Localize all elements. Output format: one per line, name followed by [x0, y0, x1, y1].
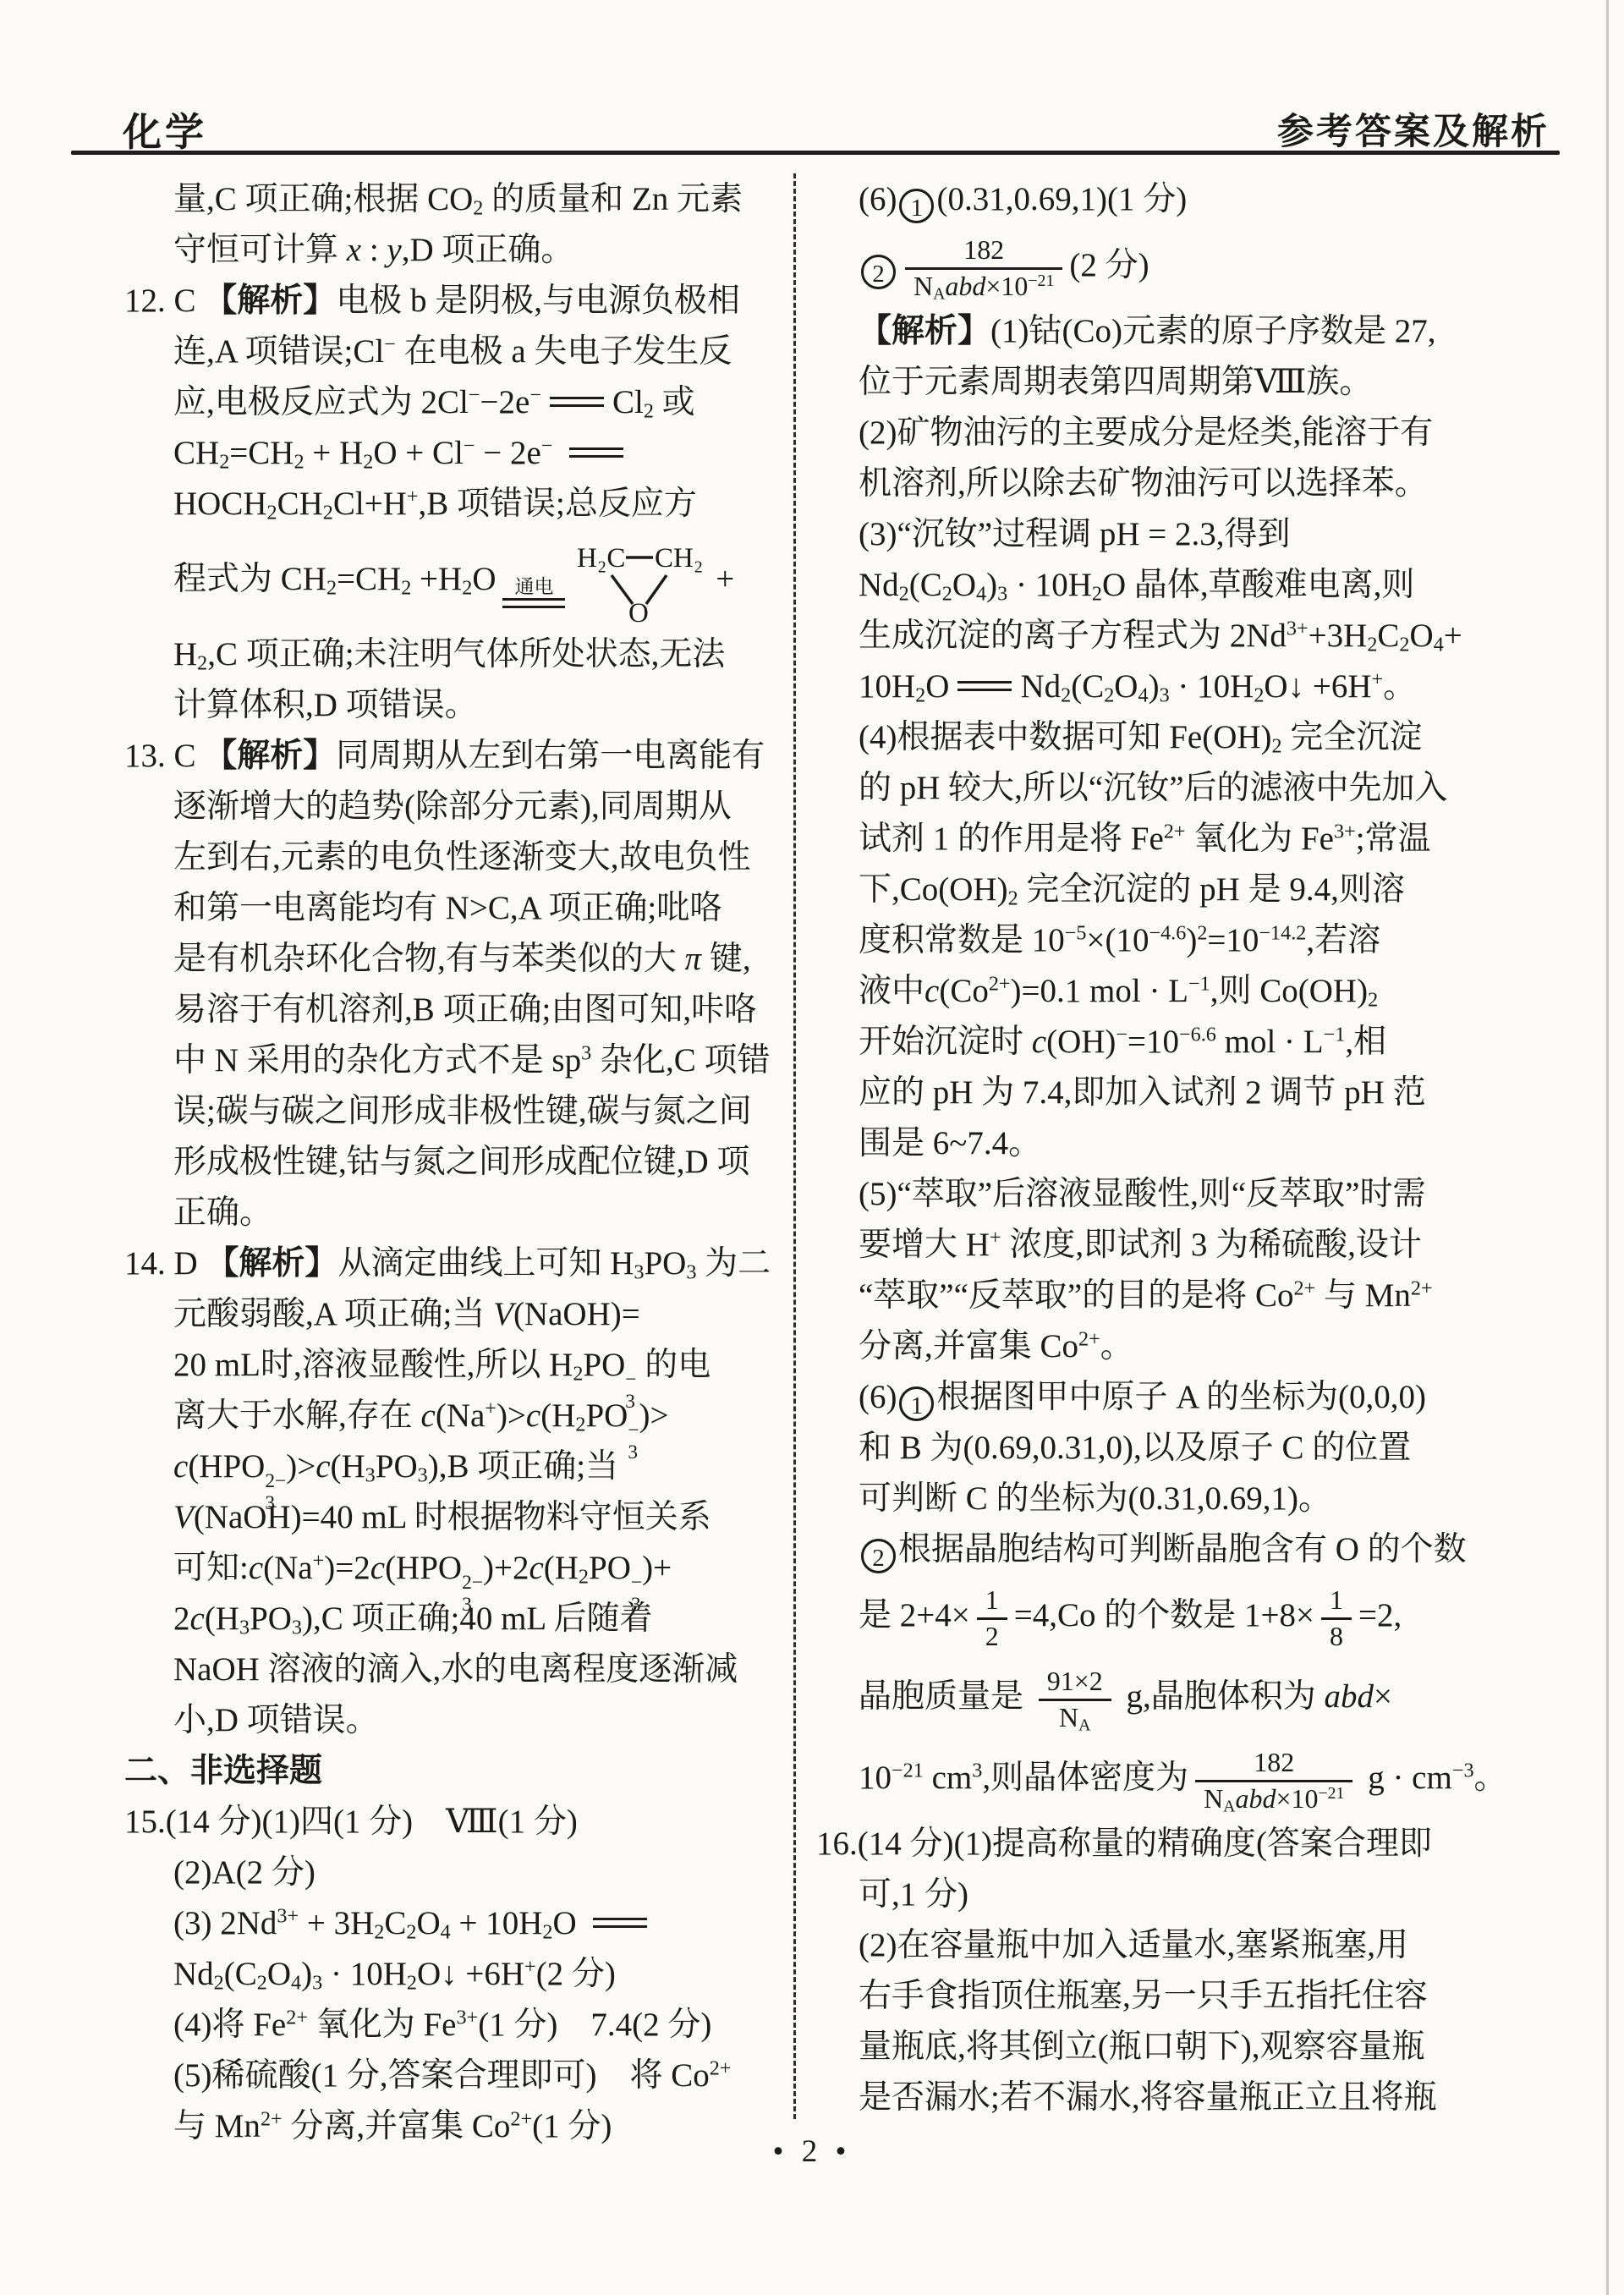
text-line: 和第一电离能均有 N>C,A 项正确;吡咯: [124, 883, 801, 934]
text-line: 可,1 分): [816, 1869, 1544, 1920]
fraction: 182NAabd×10−21: [905, 234, 1062, 302]
right-column: (6)1(0.31,0.69,1)(1 分)2182NAabd×10−21(2 …: [816, 174, 1544, 2123]
text-line: (5)稀硫酸(1 分,答案合理即可) 将 Co2+: [124, 2051, 801, 2101]
text-line: 10−21 cm3,则晶体密度为182NAabd×10−21 g · cm−3。: [816, 1738, 1544, 1819]
reaction-condition-over-equals: 通电: [502, 576, 565, 608]
text-line: 应,电极反应式为 2Cl−−2e−Cl2 或: [124, 377, 801, 428]
text-line: 左到右,元素的电负性逐渐变大,故电负性: [124, 832, 801, 883]
text-line: 和 B 为(0.69,0.31,0),以及原子 C 的位置: [816, 1423, 1544, 1474]
text-line: 2根据晶胞结构可判断晶胞含有 O 的个数: [816, 1524, 1544, 1575]
text-line: 围是 6~7.4。: [816, 1118, 1544, 1169]
reaction-equals-sign: [550, 397, 604, 407]
text-line: 元酸弱酸,A 项正确;当 V(NaOH)=: [124, 1289, 801, 1340]
text-line: 晶胞质量是 91×2NA g,晶胞体积为 abd×: [816, 1656, 1544, 1738]
text-line: 生成沉淀的离子方程式为 2Nd3++3H2C2O4+: [816, 611, 1544, 662]
circled-number: 1: [899, 1386, 934, 1421]
text-line: 13. C 【解析】同周期从左到右第一电离能有: [124, 731, 801, 782]
text-line: 要增大 H+ 浓度,即试剂 3 为稀硫酸,设计: [816, 1220, 1544, 1271]
text-line: 中 N 采用的杂化方式不是 sp3 杂化,C 项错: [124, 1035, 801, 1086]
text-line: 液中c(Co2+)=0.1 mol · L−1,则 Co(OH)2: [816, 966, 1544, 1017]
text-line: 正确。: [124, 1188, 801, 1238]
text-line: 2c(H3PO3),C 项正确;40 mL 后随着: [124, 1594, 801, 1644]
text-line: 守恒可计算 x : y,D 项正确。: [124, 225, 801, 276]
text-line: (5)“萃取”后溶液显酸性,则“反萃取”时需: [816, 1169, 1544, 1220]
text-line: (2)矿物油污的主要成分是烃类,能溶于有: [816, 408, 1544, 458]
text-line: 度积常数是 10−5×(10−4.6)2=10−14.2,若溶: [816, 915, 1544, 966]
text-line: 量瓶底,将其倒立(瓶口朝下),观察容量瓶: [816, 2022, 1544, 2073]
text-line: 的 pH 较大,所以“沉钕”后的滤液中先加入: [816, 763, 1544, 814]
text-line: 下,Co(OH)2 完全沉淀的 pH 是 9.4,则溶: [816, 865, 1544, 915]
text-line: CH2=CH2 + H2O + Cl− − 2e−: [124, 428, 801, 479]
text-line: 二、非选择题: [124, 1746, 801, 1797]
text-line: 误;碳与碳之间形成非极性键,碳与氮之间: [124, 1086, 801, 1137]
header-rule: [71, 151, 1560, 155]
text-line: 易溶于有机溶剂,B 项正确;由图可知,咔咯: [124, 985, 801, 1035]
text-line: 开始沉淀时 c(OH)−=10−6.6 mol · L−1,相: [816, 1017, 1544, 1068]
text-line: 16.(14 分)(1)提高称量的精确度(答案合理即: [816, 1819, 1544, 1869]
text-line: 计算体积,D 项错误。: [124, 680, 801, 731]
text-line: 是 2+4×12=4,Co 的个数是 1+8×18=2,: [816, 1575, 1544, 1656]
text-line: 连,A 项错误;Cl− 在电极 a 失电子发生反: [124, 327, 801, 377]
text-line: 【解析】(1)钴(Co)元素的原子序数是 27,: [816, 306, 1544, 357]
text-line: 形成极性键,钴与氮之间形成配位键,D 项: [124, 1137, 801, 1188]
answer-key-page: 化学 参考答案及解析 量,C 项正确;根据 CO2 的质量和 Zn 元素守恒可计…: [0, 0, 1624, 2295]
text-line: 离大于水解,存在 c(Na+)>c(H2PO−3)>: [124, 1391, 801, 1441]
text-line: (3)“沉钕”过程调 pH = 2.3,得到: [816, 509, 1544, 560]
text-line: c(HPO2−3)>c(H3PO3),B 项正确;当: [124, 1441, 801, 1492]
text-line: 14. D 【解析】从滴定曲线上可知 H3PO3 为二: [124, 1238, 801, 1289]
text-line: 机溶剂,所以除去矿物油污可以选择苯。: [816, 458, 1544, 509]
text-line: “萃取”“反萃取”的目的是将 Co2+ 与 Mn2+: [816, 1271, 1544, 1321]
text-line: (4)根据表中数据可知 Fe(OH)2 完全沉淀: [816, 712, 1544, 763]
fraction: 91×2NA: [1039, 1666, 1111, 1733]
text-line: H2,C 项正确;未注明气体所处状态,无法: [124, 629, 801, 680]
text-line: (4)将 Fe2+ 氧化为 Fe3+(1 分) 7.4(2 分): [124, 2000, 801, 2051]
text-line: (3) 2Nd3+ + 3H2C2O4 + 10H2O: [124, 1898, 801, 1949]
text-line: 可知:c(Na+)=2c(HPO2−3)+2c(H2PO−3)+: [124, 1543, 801, 1594]
text-line: 可判断 C 的坐标为(0.31,0.69,1)。: [816, 1474, 1544, 1524]
text-line: 20 mL时,溶液显酸性,所以 H2PO−3 的电: [124, 1340, 801, 1391]
text-line: Nd2(C2O4)3 · 10H2O 晶体,草酸难电离,则: [816, 560, 1544, 611]
text-line: 应的 pH 为 7.4,即加入试剂 2 调节 pH 范: [816, 1068, 1544, 1118]
ethylene-oxide-structure-diagram: H₂CCH₂O: [575, 540, 704, 624]
reaction-equals-sign: [593, 1918, 647, 1928]
text-line: 小,D 项错误。: [124, 1695, 801, 1746]
text-line: 2182NAabd×10−21(2 分): [816, 225, 1544, 306]
page-title: 参考答案及解析: [1277, 103, 1550, 155]
svg-text:H₂C: H₂C: [577, 543, 625, 574]
text-line: 10H2ONd2(C2O4)3 · 10H2O↓ +6H+。: [816, 662, 1544, 712]
svg-text:CH₂: CH₂: [655, 543, 703, 574]
text-line: 试剂 1 的作用是将 Fe2+ 氧化为 Fe3+;常温: [816, 814, 1544, 865]
text-line: (6)1(0.31,0.69,1)(1 分): [816, 174, 1544, 225]
reaction-equals-sign: [569, 447, 623, 458]
fraction: 18: [1321, 1584, 1352, 1652]
text-line: 15.(14 分)(1)四(1 分) Ⅷ(1 分): [124, 1797, 801, 1848]
fraction: 182NAabd×10−21: [1195, 1747, 1352, 1815]
circled-number: 2: [861, 255, 896, 289]
reaction-equals-sign: [957, 681, 1012, 691]
text-line: NaOH 溶液的滴入,水的电离程度逐渐减: [124, 1644, 801, 1695]
page-number: • 2 •: [0, 2133, 1624, 2170]
scan-edge-artifact: [1606, 0, 1609, 2295]
text-line: 12. C 【解析】电极 b 是阴极,与电源负极相: [124, 276, 801, 327]
text-line: 是有机杂环化合物,有与苯类似的大 π 键,: [124, 934, 801, 985]
text-line: 位于元素周期表第四周期第Ⅷ族。: [816, 357, 1544, 408]
text-line: (2)在容量瓶中加入适量水,塞紧瓶塞,用: [816, 1920, 1544, 1971]
subject-title: 化学: [123, 102, 207, 157]
fraction: 12: [977, 1584, 1007, 1652]
text-line: 右手食指顶住瓶塞,另一只手五指托住容: [816, 1971, 1544, 2022]
circled-number: 1: [899, 189, 934, 223]
text-line: Nd2(C2O4)3 · 10H2O↓ +6H+(2 分): [124, 1949, 801, 2000]
left-column: 量,C 项正确;根据 CO2 的质量和 Zn 元素守恒可计算 x : y,D 项…: [124, 174, 801, 2152]
text-line: 分离,并富集 Co2+。: [816, 1321, 1544, 1372]
text-line: HOCH2CH2Cl+H+,B 项错误;总反应方: [124, 479, 801, 530]
text-line: 程式为 CH2=CH2 +H2O通电H₂CCH₂O +: [124, 530, 801, 629]
text-line: 逐渐增大的趋势(除部分元素),同周期从: [124, 782, 801, 832]
text-line: V(NaOH)=40 mL 时根据物料守恒关系: [124, 1492, 801, 1543]
text-line: (2)A(2 分): [124, 1848, 801, 1898]
text-line: (6)1根据图甲中原子 A 的坐标为(0,0,0): [816, 1372, 1544, 1423]
text-line: 量,C 项正确;根据 CO2 的质量和 Zn 元素: [124, 174, 801, 225]
circled-number: 2: [861, 1539, 896, 1573]
text-line: 是否漏水;若不漏水,将容量瓶正立且将瓶: [816, 2073, 1544, 2123]
